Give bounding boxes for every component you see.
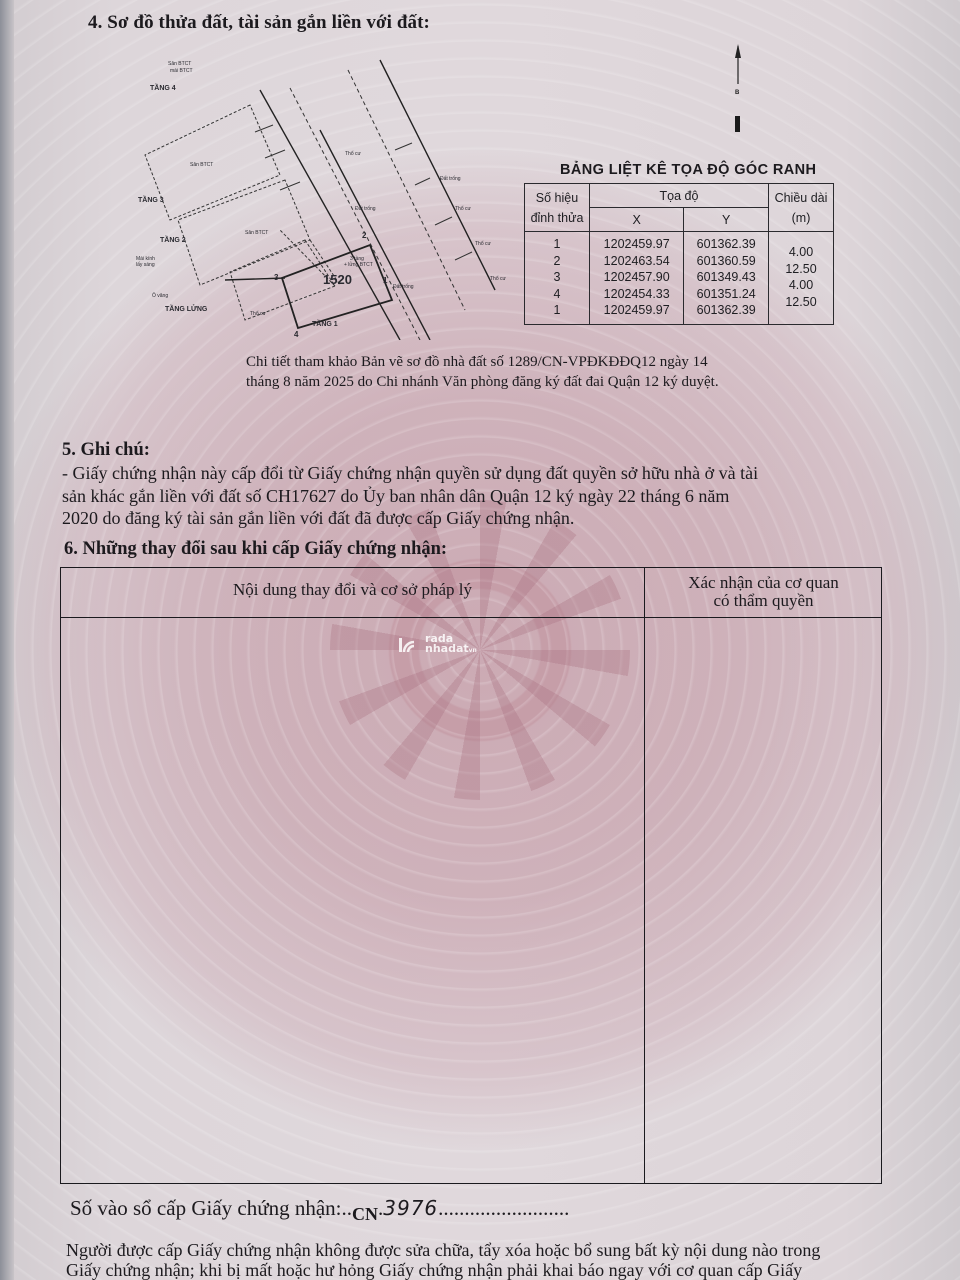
- svg-text:+ lửng BTCT: + lửng BTCT: [344, 261, 373, 268]
- coordinate-table: Số hiệu đỉnh thửa Tọa độ Chiều dài (m) X…: [524, 183, 834, 325]
- floor-label: TẦNG 4: [150, 82, 176, 92]
- header-authority-confirmation: Xác nhận của cơ quan có thẩm quyền: [646, 574, 881, 610]
- handwritten-number: 3976: [383, 1196, 438, 1220]
- registry-number: Số vào sổ cấp Giấy chứng nhận:..CN.3976.…: [70, 1196, 569, 1221]
- radanhadat-watermark: rada nhadatvn: [425, 634, 477, 656]
- svg-text:Thổ cư: Thổ cư: [345, 150, 362, 157]
- svg-text:TẦNG 3: TẦNG 3: [138, 194, 164, 204]
- parcel-sketch: TẦNG 4 TẦNG 3 TẦNG 2 TẦNG LỬNG TẦNG 1 Sâ…: [130, 50, 530, 340]
- svg-text:Đất trống: Đất trống: [355, 206, 376, 212]
- sketch-reference-caption: Chi tiết tham khảo Bản vẽ sơ đồ nhà đất …: [246, 352, 766, 392]
- svg-text:3: 3: [274, 273, 279, 282]
- svg-text:1520: 1520: [323, 272, 352, 287]
- header-change-content: Nội dung thay đổi và cơ sở pháp lý: [61, 580, 644, 600]
- section5-note: - Giấy chứng nhận này cấp đổi từ Giấy ch…: [62, 462, 912, 530]
- header-y: Y: [684, 208, 769, 232]
- svg-text:Thổ cư: Thổ cư: [490, 275, 507, 282]
- svg-text:Thổ cư: Thổ cư: [475, 240, 492, 247]
- header-x: X: [590, 208, 684, 232]
- svg-text:Đất trống: Đất trống: [393, 284, 414, 290]
- header-length: Chiều dài (m): [769, 184, 834, 232]
- header-vertex: Số hiệu đỉnh thửa: [525, 184, 590, 232]
- north-arrow: B: [728, 42, 748, 142]
- svg-text:TẦNG 2: TẦNG 2: [160, 234, 186, 244]
- changes-table: Nội dung thay đổi và cơ sở pháp lý Xác n…: [60, 567, 882, 1184]
- warning-text: Người được cấp Giấy chứng nhận không đượ…: [66, 1240, 946, 1280]
- authority-confirmation-cell: [646, 619, 881, 1183]
- svg-text:B: B: [735, 90, 740, 96]
- column-divider: [644, 568, 645, 1183]
- svg-text:TẦNG LỬNG: TẦNG LỬNG: [165, 303, 208, 313]
- change-content-cell: [61, 619, 643, 1183]
- page-edge: [0, 0, 14, 1280]
- svg-text:Sân BTCT: Sân BTCT: [245, 230, 268, 236]
- section6-title: 6. Những thay đổi sau khi cấp Giấy chứng…: [64, 539, 447, 560]
- coord-table-title: BẢNG LIỆT KÊ TỌA ĐỘ GÓC RANH: [560, 162, 816, 178]
- svg-text:Thổ cư: Thổ cư: [250, 310, 267, 317]
- table-row: 1 2 3 4 1 1202459.97 1202463.54 1202457.…: [525, 232, 834, 325]
- svg-text:Ô văng: Ô văng: [152, 292, 168, 299]
- svg-text:Đất trống: Đất trống: [440, 176, 461, 182]
- svg-text:Sân BTCT: Sân BTCT: [190, 162, 213, 168]
- svg-text:lấy sáng: lấy sáng: [136, 262, 155, 268]
- section4-title: 4. Sơ đồ thửa đất, tài sản gắn liền với …: [88, 12, 430, 34]
- radanhadat-logo-icon: [399, 636, 419, 654]
- header-coords: Tọa độ: [590, 184, 769, 208]
- svg-text:Thổ cư: Thổ cư: [455, 205, 472, 212]
- svg-text:Sân BTCT: Sân BTCT: [168, 61, 191, 67]
- svg-text:2: 2: [362, 231, 367, 240]
- svg-text:1: 1: [383, 276, 388, 285]
- svg-text:4: 4: [294, 330, 299, 339]
- svg-text:mái BTCT: mái BTCT: [170, 68, 193, 74]
- section5-title: 5. Ghi chú:: [62, 440, 150, 461]
